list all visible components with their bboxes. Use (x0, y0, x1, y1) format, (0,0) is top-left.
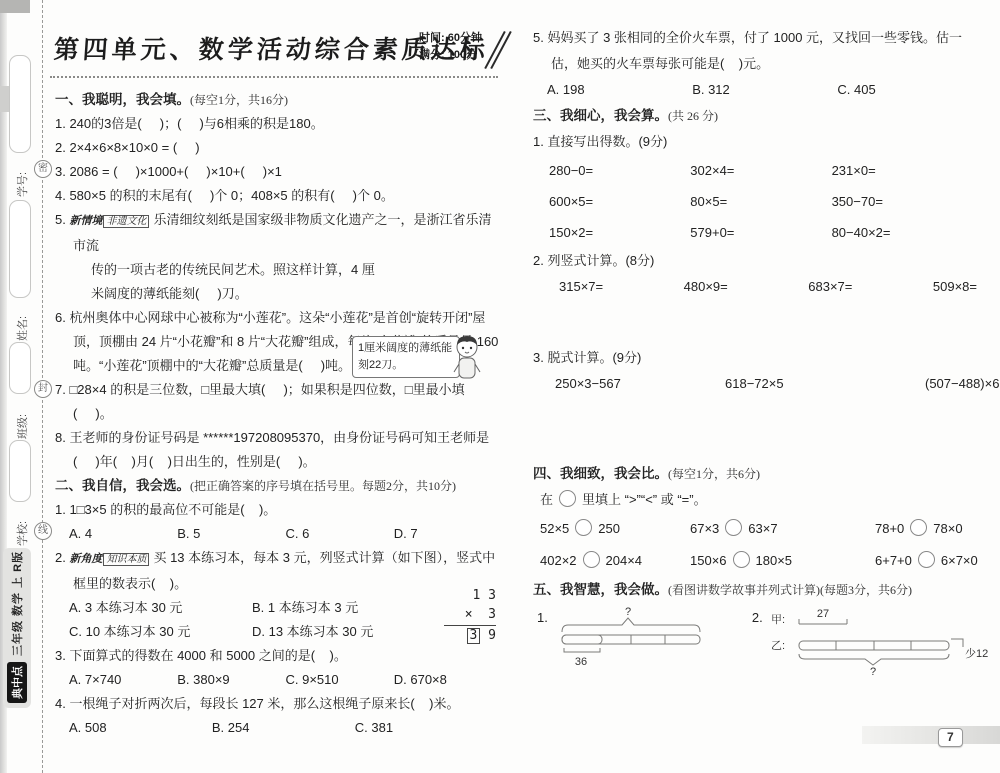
calc-item: 250×3−567 (555, 371, 725, 397)
book-brand-strip: 典中点 三年级 数学 上 R版 (3, 548, 31, 708)
page-number: 7 (938, 728, 963, 747)
calc-item: 150×2= (549, 217, 690, 248)
section1-title: 一、我聪明，我会填。 (55, 92, 190, 107)
vcalc-multiplicand: 1 3 (444, 586, 496, 605)
bar-diagram-2: 甲: 27 乙: 少12 ? (767, 605, 1000, 677)
section5-heading: 五、我智慧，我会做。(看图讲数学故事并列式计算)(每题3分，共6分) (533, 577, 987, 603)
question-s2-2-block: 2. 新角度知识本质买 13 本练习本，每本 3 元，列竖式计算（如下图），竖式… (55, 546, 502, 644)
calc-item: 315×7= (559, 274, 603, 300)
worksheet-page: 学号: 姓名: 班级: 学校: 密 封 线 典中点 三年级 数学 上 R版 第四… (0, 0, 1000, 773)
option-c: C. 6 (286, 522, 394, 546)
book-edition-label: 三年级 数学 上 R版 (9, 551, 25, 656)
calc-item: 80−40×2= (832, 217, 987, 248)
vcalc-multiplier: 3 (488, 607, 496, 622)
right-expr: 6×7×0 (941, 553, 978, 568)
option-b: B. 1 本练习本 3 元 (252, 596, 432, 620)
direct-calc-grid: 280−0= 302×4= 231×0= 600×5= 80×5= 350−70… (533, 155, 987, 248)
context-badge-type: 非遗文化 (103, 215, 149, 228)
calc-item: 350−70= (832, 186, 987, 217)
options-s2-4: A. 508 B. 254 C. 381 (55, 716, 502, 740)
option-a: A. 198 (547, 77, 692, 103)
yi-label: 乙: (771, 639, 785, 652)
instruction-text: 里填上 “>”“<” 或 “=”。 (582, 492, 707, 507)
calc-item: 280−0= (549, 155, 690, 186)
time-score-badge: 时间: 60分钟 满分: 100分 (419, 30, 482, 64)
multiply-sign: × (465, 607, 473, 622)
question-s2-2: 2. 新角度知识本质买 13 本练习本，每本 3 元，列竖式计算（如下图），竖式… (55, 546, 502, 596)
question-s2-1: 1. 1□3×5 的积的最高位不可能是( )。 (55, 498, 502, 522)
story-diagrams: 1. ? 36 2. 甲: 27 乙: (533, 605, 987, 677)
option-b: B. 380×9 (177, 668, 285, 692)
seal-char-xian: 线 (34, 522, 52, 540)
scan-bottom-shadow (862, 726, 1000, 744)
question-s1-7: 7. □28×4 的积是三位数，□里最大填( )；如果积是四位数，□里最小填( … (55, 378, 502, 426)
student-id-writebox (9, 55, 31, 153)
option-b: B. 254 (212, 716, 355, 740)
student-name-label: 姓名: (14, 297, 30, 341)
full-score-label: 满分: 100分 (419, 47, 482, 64)
question-s2-5: 5. 妈妈买了 3 张相同的全价火车票，付了 1000 元，又找回一些零钱。估一… (533, 25, 987, 77)
scan-corner-artifact (0, 0, 30, 13)
calc-item: 600×5= (549, 186, 690, 217)
calc-item: 683×7= (808, 274, 852, 300)
vertical-calc-row: 315×7= 480×9= 683×7= 509×8= (533, 274, 987, 300)
seal-char-mi: 密 (34, 160, 52, 178)
compare-circle (575, 519, 592, 536)
question-s2-3: 3. 下面算式的得数在 4000 和 5000 之间的是( )。 (55, 644, 502, 668)
student-id-label: 学号: (14, 153, 30, 197)
hint-speech-bubble: 1厘米阔度的薄纸能刻22刀。 (352, 336, 460, 378)
option-c: C. 9×510 (286, 668, 394, 692)
compare-item: 6+7+06×7×0 (875, 545, 987, 577)
class-writebox (9, 342, 31, 394)
compare-item: 78+078×0 (875, 513, 987, 545)
task-vertical-calc: 2. 列竖式计算。(8分) (533, 248, 987, 274)
section3-heading: 三、我细心，我会算。(共 26 分) (533, 103, 987, 129)
offform-calc-row: 250×3−567 618−72×5 (507−488)×6 (533, 371, 987, 397)
calc-item: 231×0= (832, 155, 987, 186)
scan-edge-artifact (0, 86, 9, 112)
bar-diagram-1: ? 36 (552, 605, 752, 669)
option-a: A. 3 本练习本 30 元 (69, 596, 252, 620)
section2-heading: 二、我自信，我会选。(把正确答案的序号填在括号里。每题2分，共10分) (55, 474, 502, 498)
question-s2-4: 4. 一根绳子对折两次后，每段长 127 米，那么这根绳子原来长( )米。 (55, 692, 502, 716)
right-expr: 63×7 (748, 521, 777, 536)
option-a: A. 4 (69, 522, 177, 546)
section1-note: (每空1分，共16分) (190, 93, 288, 107)
left-expr: 78+0 (875, 521, 904, 536)
option-b: B. 5 (177, 522, 285, 546)
left-expr: 6+7+0 (875, 553, 912, 568)
left-expr: 52×5 (540, 521, 569, 536)
calc-item: (507−488)×6 (925, 371, 999, 397)
boxed-digit: 3 (467, 628, 481, 644)
task-direct-calc: 1. 直接写出得数。(9分) (533, 129, 987, 155)
compare-item: 52×5250 (540, 513, 690, 545)
brand-logo: 典中点 (7, 662, 27, 703)
right-column: 5. 妈妈买了 3 张相同的全价火车票，付了 1000 元，又找回一些零钱。估一… (533, 25, 987, 677)
vcalc-multiplier-row: × 3 (444, 605, 496, 626)
result-digit: 9 (488, 628, 496, 643)
option-d: D. 13 本练习本 30 元 (252, 620, 432, 644)
options-s2-3: A. 7×740 B. 380×9 C. 9×510 D. 670×8 (55, 668, 502, 692)
compare-circle (733, 551, 750, 568)
section1-heading: 一、我聪明，我会填。(每空1分，共16分) (55, 88, 502, 112)
question-number: 2. (55, 550, 66, 565)
question-s1-2: 2. 2×4×6×8×10×0 = ( ) (55, 136, 502, 160)
section2-note: (把正确答案的序号填在括号里。每题2分，共10分) (190, 479, 456, 493)
compare-circle (918, 551, 935, 568)
work-space (533, 300, 987, 345)
question-s1-1: 1. 240的3倍是( )；( )与6相乘的积是180。 (55, 112, 502, 136)
vertical-multiplication: 1 3 × 3 3 9 (444, 586, 496, 645)
section3-title: 三、我细心，我会算。 (533, 108, 668, 123)
options-s2-2: A. 3 本练习本 30 元 B. 1 本练习本 3 元 C. 10 本练习本 … (55, 596, 502, 644)
calc-item: 618−72×5 (725, 371, 925, 397)
compare-circle (583, 551, 600, 568)
section4-note: (每空1分，共6分) (668, 467, 760, 481)
option-b: B. 312 (692, 77, 837, 103)
class-label: 班级: (14, 395, 30, 439)
question-s1-3: 3. 2086 = ( )×1000+( )×10+( )×1 (55, 160, 502, 184)
time-limit-label: 时间: 60分钟 (419, 30, 482, 47)
school-writebox (9, 440, 31, 502)
calc-item: 579+0= (690, 217, 831, 248)
work-space (533, 397, 987, 461)
jia-label: 甲: (771, 613, 785, 626)
compare-circle (725, 519, 742, 536)
diagram-1: 1. ? 36 (537, 605, 752, 677)
instruction-text: 在 (540, 492, 553, 507)
option-d: D. 7 (394, 522, 502, 546)
diagram-2: 2. 甲: 27 乙: 少12 ? (752, 605, 1000, 677)
left-expr: 67×3 (690, 521, 719, 536)
compare-circle (910, 519, 927, 536)
section3-note: (共 26 分) (668, 109, 718, 123)
task-offform-calc: 3. 脱式计算。(9分) (533, 345, 987, 371)
school-label: 学校: (14, 502, 30, 546)
less-by-label: 少12 (965, 646, 988, 660)
options-s2-5: A. 198 B. 312 C. 405 (533, 77, 987, 103)
student-name-writebox (9, 200, 31, 298)
student-cartoon-icon (467, 332, 485, 394)
question-s1-8: 8. 王老师的身份证号码是 ******197208095370，由身份证号码可… (55, 426, 502, 474)
yi-question-label: ? (870, 666, 876, 677)
question-text-wrap: 传的一项古老的传统民间艺术。照这样计算，4 厘米阔度的薄纸能刻( )刀。 (73, 258, 387, 306)
context-badge: 新角度 (69, 553, 102, 565)
section5-title: 五、我智慧，我会做。 (533, 582, 668, 597)
left-expr: 150×6 (690, 553, 727, 568)
diagram-number: 2. (752, 605, 763, 677)
section2-title: 二、我自信，我会选。 (55, 478, 190, 493)
compare-row-2: 402×2204×4 150×6180×5 6+7+06×7×0 (533, 545, 987, 577)
question-s1-5: 5. 新情境非遗文化乐清细纹刻纸是国家级非物质文化遗产之一，是浙江省乐清市流 传… (55, 208, 502, 306)
paper-header: 第四单元、数学活动综合素质达标 时间: 60分钟 满分: 100分 (50, 26, 498, 78)
seal-char-feng: 封 (34, 380, 52, 398)
total-question-label: ? (625, 606, 631, 618)
calc-item: 509×8= (933, 274, 977, 300)
options-s2-1: A. 4 B. 5 C. 6 D. 7 (55, 522, 502, 546)
option-c: C. 405 (837, 77, 982, 103)
part-value-label: 36 (575, 656, 587, 668)
option-d: D. 670×8 (394, 668, 502, 692)
section4-heading: 四、我细致，我会比。(每空1分，共6分) (533, 461, 987, 487)
compare-instruction: 在里填上 “>”“<” 或 “=”。 (533, 487, 987, 513)
option-a: A. 508 (69, 716, 212, 740)
right-expr: 250 (598, 521, 620, 536)
right-expr: 204×4 (606, 553, 643, 568)
compare-circle (559, 490, 576, 507)
calc-item: 302×4= (690, 155, 831, 186)
section4-title: 四、我细致，我会比。 (533, 466, 668, 481)
compare-row-1: 52×5250 67×363×7 78+078×0 (533, 513, 987, 545)
option-a: A. 7×740 (69, 668, 177, 692)
section5-note: (看图讲数学故事并列式计算)(每题3分，共6分) (668, 583, 912, 597)
jia-value-label: 27 (817, 608, 829, 620)
option-c: C. 10 本练习本 30 元 (69, 620, 252, 644)
compare-item: 150×6180×5 (690, 545, 875, 577)
context-badge: 新情境 (69, 215, 102, 227)
vcalc-result-row: 3 9 (444, 626, 496, 645)
compare-item: 67×363×7 (690, 513, 875, 545)
left-expr: 402×2 (540, 553, 577, 568)
calc-item: 480×9= (684, 274, 728, 300)
right-expr: 78×0 (933, 521, 962, 536)
compare-item: 402×2204×4 (540, 545, 690, 577)
diagram-number: 1. (537, 605, 548, 677)
context-badge-type: 知识本质 (103, 553, 149, 566)
calc-item: 80×5= (690, 186, 831, 217)
right-expr: 180×5 (756, 553, 793, 568)
question-number: 5. (55, 212, 66, 227)
question-s1-4: 4. 580×5 的积的末尾有( )个 0；408×5 的积有( )个 0。 (55, 184, 502, 208)
option-c: C. 381 (355, 716, 498, 740)
left-column: 一、我聪明，我会填。(每空1分，共16分) 1. 240的3倍是( )；( )与… (55, 88, 502, 740)
